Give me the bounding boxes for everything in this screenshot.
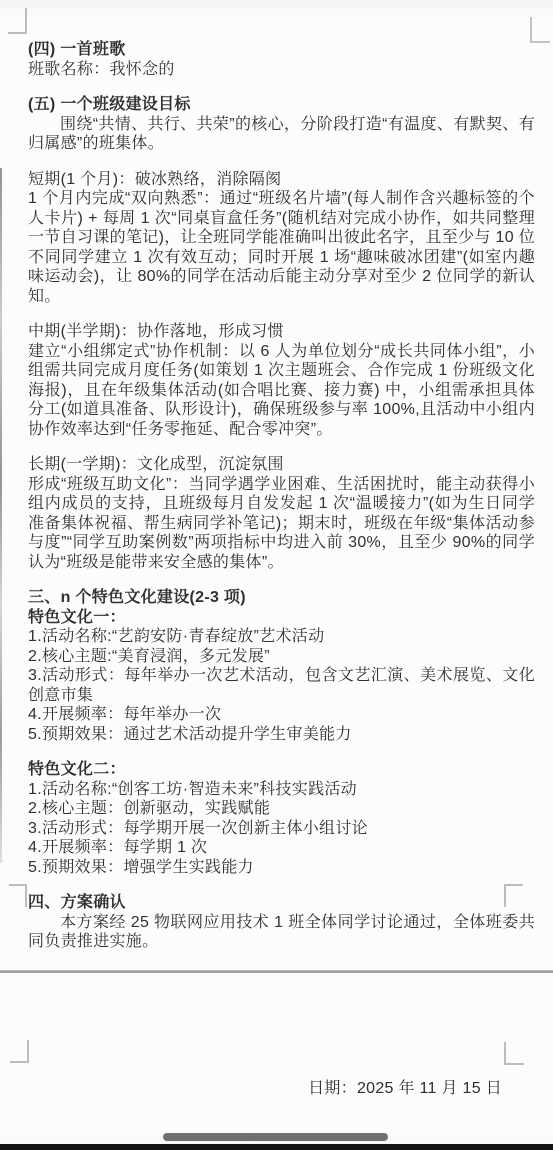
doc-paragraph: 4.开展频率：每学期 1 次 xyxy=(28,838,535,858)
doc-spacer xyxy=(28,744,535,760)
doc-heading: (五) 一个班级建设目标 xyxy=(28,95,535,115)
doc-spacer xyxy=(28,79,535,95)
doc-paragraph: 1 个月内完成“双向熟悉”：通过“班级名片墙”(每人制作含兴趣标签的个人卡片) … xyxy=(28,189,535,306)
doc-paragraph: 2.核心主题：创新驱动，实践赋能 xyxy=(28,799,535,819)
doc-heading: 三、n 个特色文化建设(2-3 项) xyxy=(28,588,535,608)
doc-spacer xyxy=(28,572,535,588)
doc-paragraph: 1.活动名称:“艺韵安防·青春绽放”艺术活动 xyxy=(28,627,535,647)
doc-spacer xyxy=(28,154,535,170)
doc-paragraph: 3.活动形式：每学期开展一次创新主体小组讨论 xyxy=(28,819,535,839)
doc-spacer xyxy=(28,306,535,322)
doc-paragraph: 4.开展频率：每年举办一次 xyxy=(28,705,535,725)
doc-paragraph: 1.活动名称:“创客工坊·智造未来”科技实践活动 xyxy=(28,780,535,800)
doc-spacer xyxy=(28,439,535,455)
screen-bottom-edge xyxy=(0,1144,553,1150)
doc-paragraph: 2.核心主题:“美育浸润，多元发展” xyxy=(28,647,535,667)
doc-paragraph: 长期(一学期)：文化成型，沉淀氛围 xyxy=(28,455,535,475)
doc-paragraph: 中期(半学期)：协作落地，形成习惯 xyxy=(28,322,535,342)
document-viewer-screen[interactable]: (四) 一首班歌班歌名称：我怀念的(五) 一个班级建设目标围绕“共情、共行、共荣… xyxy=(0,0,553,1150)
page2-margin-corner-left-icon xyxy=(10,1040,29,1063)
doc-paragraph: 3.活动形式：每年举办一次艺术活动，包含文艺汇演、美术展览、文化创意市集 xyxy=(28,666,535,705)
doc-heading: 四、方案确认 xyxy=(28,893,535,913)
doc-heading: (四) 一首班歌 xyxy=(28,40,535,60)
doc-spacer xyxy=(28,877,535,893)
doc-paragraph: 班歌名称：我怀念的 xyxy=(28,60,535,80)
doc-paragraph: 围绕“共情、共行、共荣”的核心，分阶段打造“有温度、有默契、有归属感”的班集体。 xyxy=(28,115,535,154)
margin-corner-top-left-icon xyxy=(8,8,27,34)
home-indicator-bar[interactable] xyxy=(163,1133,388,1141)
page-separator xyxy=(0,970,553,973)
document-date: 日期：2025 年 11 月 15 日 xyxy=(308,1079,502,1099)
doc-paragraph: 5.预期效果：增强学生实践能力 xyxy=(28,858,535,878)
doc-heading: 特色文化一： xyxy=(28,608,535,628)
photo-edge-artifact xyxy=(0,168,2,863)
doc-paragraph: 形成“班级互助文化”：当同学遇学业困难、生活困扰时，能主动获得小组内成员的支持，… xyxy=(28,475,535,573)
doc-paragraph: 短期(1 个月)：破冰熟络，消除隔阂 xyxy=(28,170,535,190)
doc-heading: 特色文化二： xyxy=(28,760,535,780)
page2-margin-corner-right-icon xyxy=(504,1042,524,1065)
margin-corner-bottom-left-icon xyxy=(9,884,27,907)
doc-paragraph: 建立“小组绑定式”协作机制：以 6 人为单位划分“成长共同体小组”，小组需共同完… xyxy=(28,342,535,440)
doc-paragraph: 5.预期效果：通过艺术活动提升学生审美能力 xyxy=(28,725,535,745)
doc-paragraph: 本方案经 25 物联网应用技术 1 班全体同学讨论通过，全体班委共同负责推进实施… xyxy=(28,913,535,952)
document-page-1-body[interactable]: (四) 一首班歌班歌名称：我怀念的(五) 一个班级建设目标围绕“共情、共行、共荣… xyxy=(28,40,535,952)
